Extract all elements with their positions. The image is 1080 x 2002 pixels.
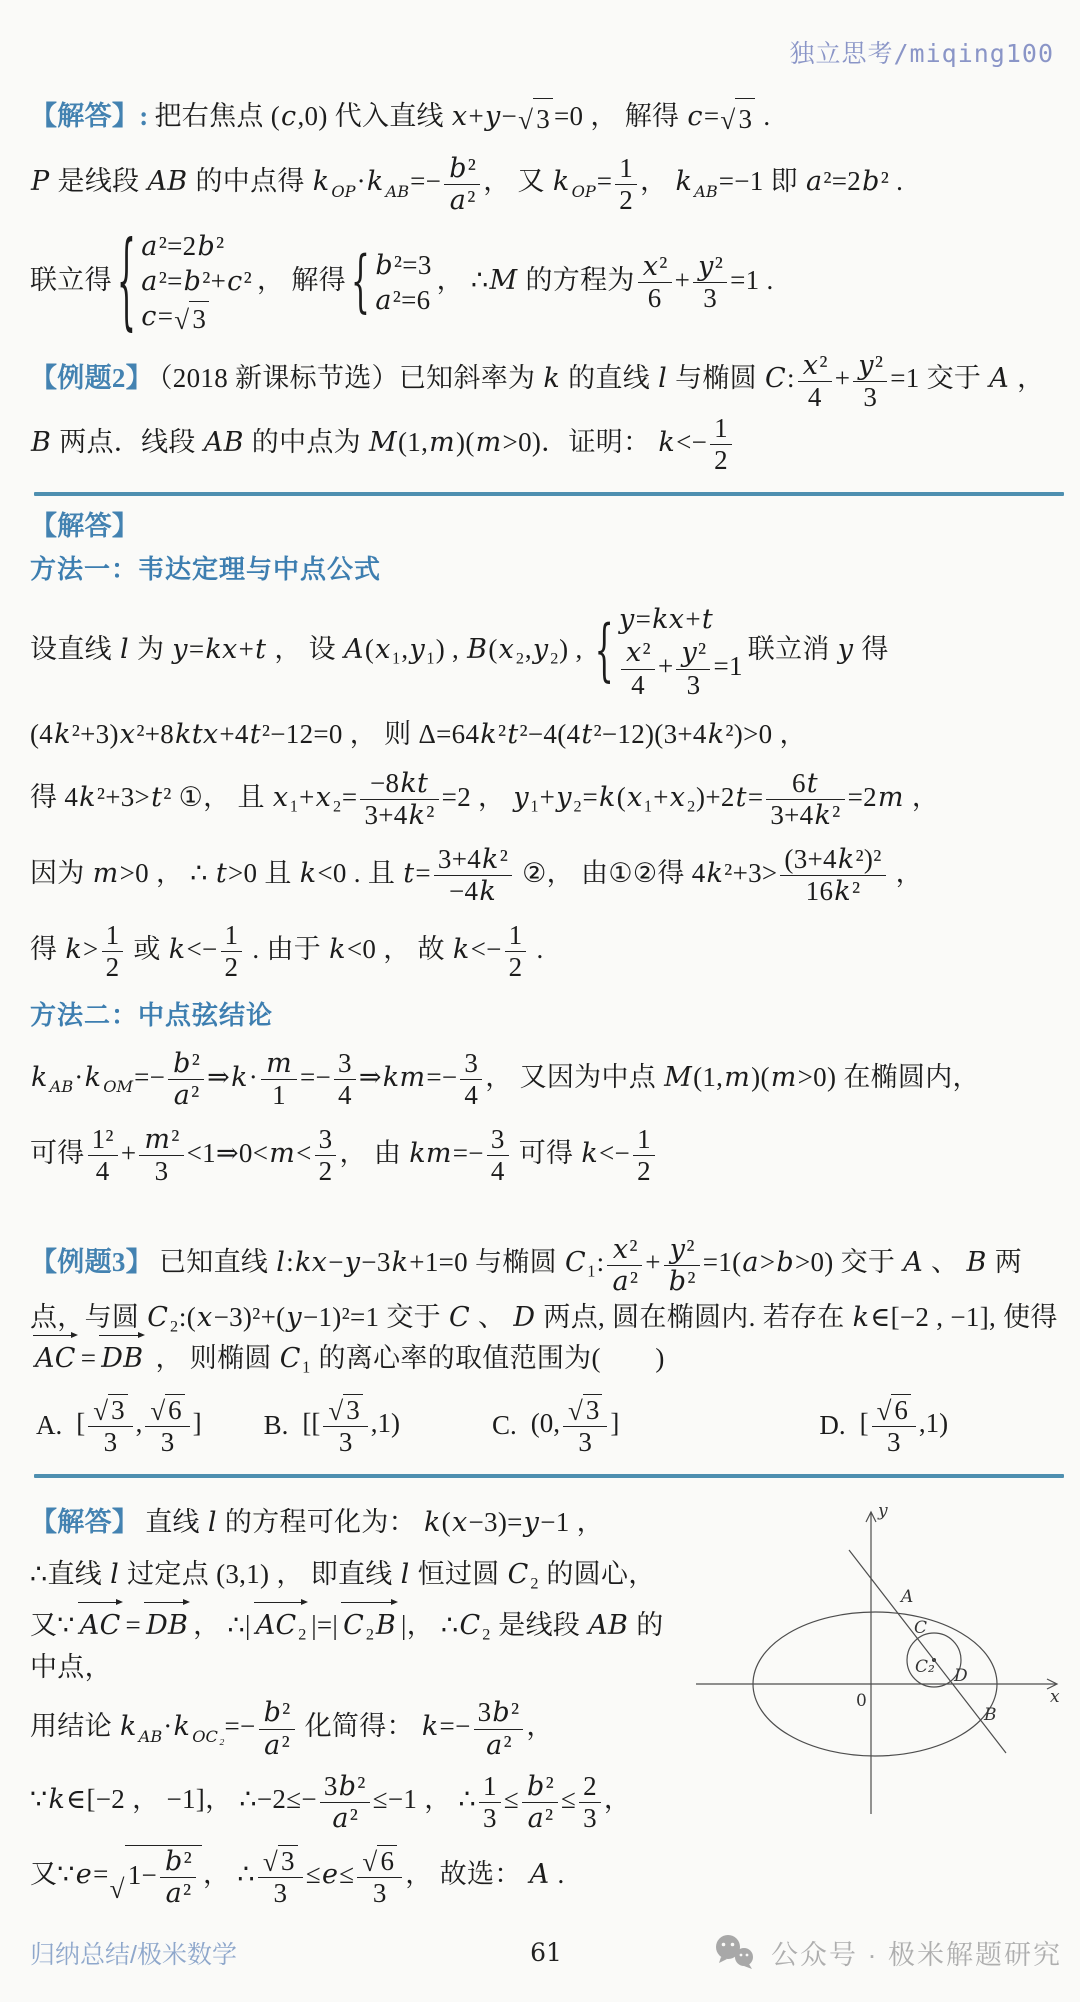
method-heading: 方法一：韦达定理与中点公式: [30, 550, 1064, 589]
figure-label-x: x: [1050, 1687, 1060, 1707]
math-paragraph: 因为 m>0 ， ∴ t>0 且 k<0 . 且 t=3+4k²−4k ②， 由…: [30, 844, 1064, 907]
solution-lines: 【解答】直线 l 的方程可化为： k(x−3)=y−1 ，∴直线 l 过定点 (…: [30, 1492, 686, 1919]
solution-with-figure: 【解答】直线 l 的方程可化为： k(x−3)=y−1 ，∴直线 l 过定点 (…: [30, 1492, 1064, 1919]
math-paragraph: 得 k>12 或 k<−12 . 由于 k<0 ， 故 k<−12 .: [30, 920, 1064, 983]
math-paragraph: 【例题3】已知直线 l:kx−y−3k+1=0 与椭圆 C₁:x²a²+y²b²…: [30, 1234, 1064, 1380]
page-number: 61: [530, 1938, 562, 1967]
math-paragraph: 得 4k²+3>t² ①， 且 x₁+x₂=−8kt3+4k²=2 ， y₁+y…: [30, 768, 1064, 831]
figure-label-c2: C₂: [915, 1657, 935, 1677]
option-item: D.[√63,1): [819, 1393, 948, 1459]
math-paragraph: P 是线段 AB 的中点得 kOP·kAB=−b²a²， 又 kOP=12， k…: [30, 153, 1064, 216]
math-paragraph: 【解答】: [30, 506, 1064, 547]
footer-account: 公众号 · 极米解题研究: [711, 1933, 1062, 1972]
figure: yx0ACC₂DB: [686, 1494, 1064, 1824]
option-item: C.(0,√33]: [492, 1393, 619, 1459]
math-paragraph: 联立得{a²=2b²a²=b²+c²c=√3， 解得{b²=3a²=6， ∴M …: [30, 229, 1064, 337]
footer-account-label: 公众号 · 极米解题研究: [771, 1933, 1062, 1972]
section-divider: [34, 492, 1064, 496]
figure-label-d: D: [953, 1666, 968, 1686]
math-paragraph: 可得1²4+m²3<1⇒0<m<32， 由 km=−34 可得 k<−12: [30, 1124, 1064, 1187]
math-paragraph: 【解答】:把右焦点 (c,0) 代入直线 x+y−√3=0 ， 解得 c=√3 …: [30, 96, 1064, 140]
option-item: A.[√33,√63]: [36, 1393, 202, 1459]
math-paragraph: 设直线 l 为 y=kx+t ， 设 A(x₁,y₁) , B(x₂,y₂) ,…: [30, 602, 1064, 700]
math-paragraph: 【例题2】（2018 新课标节选）已知斜率为 k 的直线 l 与椭圆 C:x²4…: [30, 350, 1064, 476]
method-heading: 方法二：中点弦结论: [30, 996, 1064, 1035]
choice-options: A.[√33,√63]B.[[√33,1)C.(0,√33]D.[√63,1): [30, 1393, 1064, 1459]
math-paragraph: 【解答】直线 l 的方程可化为： k(x−3)=y−1 ，: [30, 1502, 686, 1544]
figure-label-y: y: [877, 1501, 888, 1521]
option-item: B.[[√33,1): [264, 1393, 400, 1459]
section-label: 【例题2】: [30, 363, 153, 393]
math-paragraph: 又∵e=√1−b²a²， ∴√33≤e≤√63， 故选： A .: [30, 1844, 686, 1910]
section-label: 【例题3】: [30, 1247, 153, 1277]
footer-brand: 归纳总结/极米数学: [30, 1935, 237, 1971]
content: 【解答】:把右焦点 (c,0) 代入直线 x+y−√3=0 ， 解得 c=√3 …: [30, 96, 1064, 1920]
figure-label-a: A: [899, 1587, 913, 1607]
math-paragraph: ∵k∈[−2 ， −1]， ∴−2≤−3b²a²≤−1 ， ∴13≤b²a²≤2…: [30, 1771, 686, 1834]
figure-label-b: B: [983, 1705, 997, 1725]
math-paragraph: ∴直线 l 过定点 (3,1) ， 即直线 l 恒过圆 C₂ 的圆心，: [30, 1554, 686, 1596]
wechat-icon: [711, 1934, 759, 1972]
figure-container: yx0ACC₂DB: [686, 1492, 1064, 1824]
math-paragraph: 又∵AC=DB， ∴|AC₂|=|C₂B|， ∴C₂ 是线段 AB 的中点，: [30, 1605, 686, 1687]
math-paragraph: (4k²+3)x²+8ktx+4t²−12=0 ， 则 Δ=64k²t²−4(4…: [30, 714, 1064, 756]
section-divider: [34, 1474, 1064, 1478]
section-label: 【解答】: [30, 1507, 139, 1537]
figure-label-c: C: [914, 1618, 927, 1638]
page: 独立思考/miqing100 【解答】:把右焦点 (c,0) 代入直线 x+y−…: [0, 0, 1080, 1920]
math-paragraph: kAB·kOM=−b²a²⇒k·m1=−34⇒km=−34， 又因为中点 M(1…: [30, 1048, 1064, 1111]
math-paragraph: 用结论 kAB·kOC₂=−b²a² 化简得： k=−3b²a²，: [30, 1697, 686, 1760]
section-label: 【解答】: [30, 511, 139, 541]
watermark: 独立思考/miqing100: [30, 34, 1064, 70]
figure-label-origin: 0: [856, 1691, 867, 1711]
footer: 归纳总结/极米数学 61 公众号 · 极米解题研究: [30, 1933, 1062, 1972]
section-label: 【解答】:: [30, 101, 149, 131]
